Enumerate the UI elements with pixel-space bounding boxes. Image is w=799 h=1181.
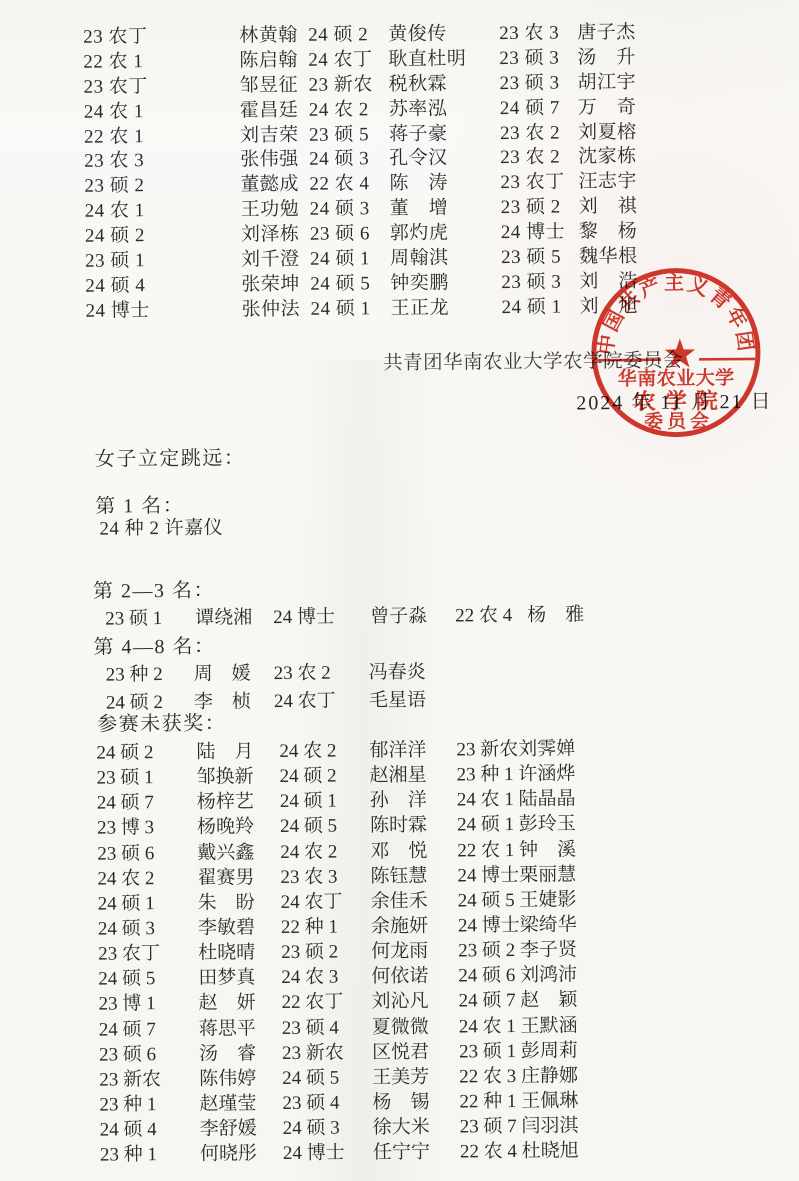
student-code: 24 博士 <box>273 601 370 629</box>
student-code: 24 硕 1 <box>310 297 390 322</box>
roster-row: 23 硕 2董懿成 <box>84 173 299 200</box>
student-code: 24 农 2 <box>280 836 370 864</box>
seal-divider-line-left <box>597 360 661 361</box>
student-name: 田梦真 <box>198 962 281 990</box>
student-entry: 24 博士栗丽慧 <box>457 859 576 887</box>
student-code: 23 农丁 <box>83 74 239 100</box>
student-code: 23 种 1 <box>100 1139 200 1167</box>
student-code: 23 农丁 <box>500 171 578 196</box>
student-name: 毛星语 <box>369 689 426 710</box>
student-name: 杨 雅 <box>527 604 584 625</box>
student-code: 23 农 3 <box>280 861 370 889</box>
seal-star-icon <box>665 338 696 367</box>
student-name: 张仲法 <box>241 299 300 321</box>
student-name: 刘泽栋 <box>241 224 300 246</box>
student-entry: 24 农 1 王默涵 <box>459 1010 578 1038</box>
student-name: 刘夏榕 <box>578 121 637 143</box>
student-code: 22 农 1 <box>83 49 239 75</box>
student-code: 24 农 3 <box>281 962 371 990</box>
student-name: 董懿成 <box>240 174 299 196</box>
student-code: 23 农 3 <box>499 21 577 46</box>
student-code: 24 农 2 <box>97 862 197 890</box>
student-code: 24 硕 1 <box>280 786 370 814</box>
student-name: 汤 睿 <box>199 1038 282 1066</box>
roster-row: 23 农 3唐子杰 <box>499 21 636 47</box>
student-name: 胡江宇 <box>577 72 636 94</box>
student-name: 陆 月 <box>196 736 279 764</box>
roster-row: 23 农丁林黄翰 <box>83 24 298 51</box>
student-code: 24 博士 <box>501 221 579 246</box>
roster-column-2: 24 硕 2黄俊传 24 农丁耿直杜明 23 新农税秋霖 24 农 2苏率泓 2… <box>308 22 469 322</box>
student-name: 何龙雨 <box>371 936 458 964</box>
student-name: 赵 妍 <box>198 987 281 1015</box>
student-name: 杨梓艺 <box>197 786 280 814</box>
student-entry: 23 硕 1 彭周莉 <box>459 1035 578 1063</box>
seal-dept-name: 农学院 <box>634 388 727 414</box>
student-entry: 23 新农刘霁婵 <box>456 733 575 761</box>
student-name: 郭灼虎 <box>390 223 449 245</box>
student-code: 22 农丁 <box>281 987 371 1015</box>
student-entry: 23 硕 2 李子贤 <box>458 935 577 963</box>
student-code: 24 硕 1 <box>98 888 198 916</box>
rank1-heading: 第 1 名： <box>95 489 184 519</box>
rank2-3-row: 23 硕 1谭绕湘24 博士曾子淼22 农 4杨 雅 <box>105 599 584 630</box>
roster-row: 24 硕 3董 增 <box>310 197 468 223</box>
student-name: 余佳禾 <box>371 885 458 913</box>
roster-row: 24 硕 3孔令汉 <box>309 147 467 173</box>
student-code: 23 硕 5 <box>309 123 389 148</box>
student-code: 23 硕 5 <box>501 245 579 270</box>
student-code: 24 硕 1 <box>501 295 579 320</box>
student-name: 林黄翰 <box>239 25 298 47</box>
student-code: 23 硕 2 <box>501 196 579 221</box>
scanned-document: 23 农丁林黄翰 22 农 1陈启翰 23 农丁邹昱征 24 农 1霍昌廷 22… <box>0 0 799 1181</box>
roster-row: 23 农 2沈家栋 <box>500 145 637 171</box>
student-name: 万 奇 <box>578 97 637 119</box>
rank4-8-rows: 23 种 2周 媛23 农 2冯春炎 24 硕 2李 桢24 农丁毛星语 <box>106 657 426 715</box>
rank1-entry: 24 种 2 许嘉仪 <box>99 517 223 543</box>
roster-row: 24 硕 1周翰淇 <box>310 246 468 272</box>
roster-row: 24 硕 7万 奇 <box>500 96 637 122</box>
student-code: 23 硕 2 <box>281 936 371 964</box>
roster-row: 23 硕 3胡江宇 <box>499 71 636 97</box>
student-name: 王正龙 <box>390 297 449 319</box>
student-entry: 24 硕 1 彭玲玉 <box>457 809 576 837</box>
student-code: 24 硕 3 <box>309 148 389 173</box>
roster-row: 24 硕 4张荣坤 <box>85 273 300 300</box>
student-name: 邓 悦 <box>370 835 457 863</box>
table-row: 23 种 1何晓彤24 博士任宁宁22 农 4 杜晓旭 <box>100 1136 579 1165</box>
student-name: 戴兴鑫 <box>197 837 280 865</box>
student-name: 刘 祺 <box>579 196 638 218</box>
student-code: 23 新农 <box>99 1064 199 1092</box>
student-name: 陈钰慧 <box>370 860 457 888</box>
student-name: 杨晚羚 <box>197 811 280 839</box>
student-name: 陈时霖 <box>370 810 457 838</box>
student-code: 24 硕 7 <box>500 96 578 121</box>
student-name: 区悦君 <box>372 1036 459 1064</box>
student-name: 赵瑾莹 <box>199 1088 282 1116</box>
student-name: 王功勉 <box>241 199 300 221</box>
roster-row: 23 硕 6郭灼虎 <box>310 222 468 248</box>
student-entry: 24 硕 7 赵 颖 <box>458 985 577 1013</box>
student-code: 23 硕 1 <box>85 248 241 274</box>
student-code: 23 硕 1 <box>105 603 195 631</box>
student-name: 刘千澄 <box>241 249 300 271</box>
student-name: 李舒媛 <box>200 1113 283 1141</box>
roster-row: 23 农丁汪志宇 <box>500 170 637 196</box>
student-name: 徐大米 <box>373 1112 460 1140</box>
student-entry: 24 博士梁绮华 <box>458 909 577 937</box>
student-code: 23 种 1 <box>99 1089 199 1117</box>
student-entry: 24 硕 5 王婕影 <box>458 884 577 912</box>
student-code: 23 种 2 <box>106 659 194 687</box>
student-name: 刘吉荣 <box>240 124 299 146</box>
roster-row: 22 农 1陈启翰 <box>83 49 298 76</box>
student-code: 24 博士 <box>283 1138 373 1166</box>
roster-row: 23 农 2刘夏榕 <box>500 120 637 146</box>
student-code: 24 硕 5 <box>280 811 370 839</box>
student-name: 唐子杰 <box>577 22 636 44</box>
student-code: 23 硕 2 <box>84 174 240 200</box>
roster-row: 24 硕 5钟奕鹏 <box>310 271 468 297</box>
student-name: 夏微微 <box>372 1011 459 1039</box>
student-name: 邹昱征 <box>240 75 299 97</box>
student-code: 24 硕 5 <box>98 963 198 991</box>
roster-row: 24 农丁耿直杜明 <box>308 47 466 73</box>
student-code: 23 硕 4 <box>282 1012 372 1040</box>
roster-row: 23 硕 1刘千澄 <box>85 248 300 275</box>
student-name: 汤 升 <box>577 47 636 69</box>
no-award-table: 24 硕 2陆 月24 农 2郁洋洋23 新农刘霁婵 23 硕 1邹换新24 硕… <box>96 733 578 1165</box>
student-code: 23 农 2 <box>500 146 578 171</box>
rank4-8-heading: 第 4—8 名： <box>93 630 215 660</box>
student-code: 24 农 2 <box>279 735 369 763</box>
event-title: 女子立定跳远： <box>95 441 246 471</box>
student-name: 翟赛男 <box>197 862 280 890</box>
student-code: 23 硕 6 <box>310 222 390 247</box>
student-name: 王美芳 <box>372 1061 459 1089</box>
student-name: 周翰淇 <box>390 248 449 270</box>
student-name: 任宁宁 <box>373 1137 460 1165</box>
student-code: 24 硕 4 <box>85 273 241 299</box>
student-name: 钟奕鹏 <box>390 272 449 294</box>
student-code: 24 农 1 <box>85 199 241 225</box>
roster-row: 24 农 1王功勉 <box>85 198 300 225</box>
student-entry: 22 种 1 王佩琳 <box>459 1085 578 1113</box>
student-name: 谭绕湘 <box>195 602 273 630</box>
roster-row: 23 农丁邹昱征 <box>83 74 298 101</box>
student-code: 23 硕 3 <box>499 71 577 96</box>
student-name: 苏率泓 <box>389 98 448 120</box>
seal-org-name: 华南农业大学 <box>618 366 735 390</box>
student-code: 23 博 1 <box>98 988 198 1016</box>
roster-row: 23 农 3张伟强 <box>84 148 299 175</box>
student-code: 23 硕 3 <box>501 270 579 295</box>
student-name: 税秋霖 <box>388 73 447 95</box>
student-code: 24 硕 5 <box>310 272 390 297</box>
roster-column-1: 23 农丁林黄翰 22 农 1陈启翰 23 农丁邹昱征 24 农 1霍昌廷 22… <box>83 24 300 325</box>
student-name: 汪志宇 <box>578 171 637 193</box>
student-code: 24 硕 4 <box>100 1114 200 1142</box>
student-name: 蒋子豪 <box>389 123 448 145</box>
student-name: 耿直杜明 <box>388 48 466 70</box>
roster-row: 22 农 1刘吉荣 <box>84 123 299 150</box>
student-code: 23 新农 <box>308 73 388 98</box>
student-code: 24 硕 2 <box>279 760 369 788</box>
student-code: 24 硕 3 <box>310 197 390 222</box>
student-entry: 24 硕 6 刘鸿沛 <box>458 960 577 988</box>
student-code: 24 硕 2 <box>308 23 388 48</box>
student-code: 23 农 2 <box>500 121 578 146</box>
seal-committee-name: 委员会 <box>644 409 713 433</box>
student-code: 22 种 1 <box>281 911 371 939</box>
roster-row: 23 硕 3汤 升 <box>499 46 636 72</box>
student-code: 24 农丁 <box>274 685 369 713</box>
student-code: 24 硕 5 <box>282 1062 372 1090</box>
student-name: 孙 洋 <box>370 785 457 813</box>
student-name: 霍昌廷 <box>240 100 299 122</box>
student-code: 24 农丁 <box>281 886 371 914</box>
student-code: 23 硕 1 <box>96 762 196 790</box>
student-code: 24 农 2 <box>309 98 389 123</box>
roster-row: 24 农 1霍昌廷 <box>84 99 299 126</box>
student-entry: 23 硕 7 闫羽淇 <box>460 1111 579 1139</box>
student-name: 赵湘星 <box>369 760 456 788</box>
student-name: 陈伟婷 <box>199 1063 282 1091</box>
roster-row: 22 农 4陈 涛 <box>309 172 467 198</box>
student-code: 24 硕 2 <box>96 737 196 765</box>
roster-row: 24 农 2苏率泓 <box>309 97 467 123</box>
student-name: 邹换新 <box>196 761 279 789</box>
roster-row: 23 硕 5蒋子豪 <box>309 122 467 148</box>
student-name: 何依诺 <box>371 961 458 989</box>
student-code: 24 硕 7 <box>99 1013 199 1041</box>
roster-row: 24 硕 2黄俊传 <box>308 22 466 48</box>
student-name: 陈启翰 <box>239 50 298 72</box>
svg-text:中国共产主义青年团: 中国共产主义青年团 <box>592 271 757 357</box>
student-name: 张荣坤 <box>241 274 300 296</box>
roster-row: 24 博士张仲法 <box>85 298 300 325</box>
student-entry: 22 农 3 庄静娜 <box>459 1060 578 1088</box>
student-code: 24 农丁 <box>308 48 388 73</box>
student-name: 黄俊传 <box>388 24 447 46</box>
student-code: 23 硕 6 <box>97 837 197 865</box>
student-code: 24 硕 2 <box>85 224 241 250</box>
student-name: 杜晓晴 <box>198 937 281 965</box>
student-code: 24 硕 1 <box>310 247 390 272</box>
official-seal: 中国共产主义青年团 华南农业大学 农学院 委员会 <box>580 257 772 449</box>
student-name: 刘沁凡 <box>371 986 458 1014</box>
student-code: 23 农丁 <box>83 24 239 50</box>
student-name: 朱 盼 <box>198 887 281 915</box>
student-code: 24 博士 <box>85 298 241 324</box>
student-code: 23 农丁 <box>98 938 198 966</box>
roster-row: 23 硕 2刘 祺 <box>501 195 638 221</box>
roster-row: 24 硕 1王正龙 <box>310 296 468 322</box>
student-name: 杨 锡 <box>372 1086 459 1114</box>
rank2-3-heading: 第 2—3 名： <box>93 574 215 604</box>
student-code: 22 农 4 <box>309 172 389 197</box>
student-name: 黎 杨 <box>579 221 638 243</box>
student-code: 24 硕 7 <box>97 787 197 815</box>
student-code: 22 农 4 <box>455 600 527 628</box>
roster-row: 24 硕 2刘泽栋 <box>85 223 300 250</box>
student-code: 23 新农 <box>282 1037 372 1065</box>
student-name: 何晓彤 <box>200 1138 283 1166</box>
seal-ring-text: 中国共产主义青年团 <box>592 271 757 357</box>
student-name: 董 增 <box>390 198 449 220</box>
student-code: 23 博 3 <box>97 812 197 840</box>
rank4-8-row: 23 种 2周 媛23 农 2冯春炎 <box>106 657 426 687</box>
student-code: 23 硕 4 <box>282 1087 372 1115</box>
student-name: 陈 涛 <box>389 173 448 195</box>
student-code: 23 农 2 <box>274 657 369 685</box>
student-code: 23 农 3 <box>84 149 240 175</box>
student-name: 孔令汉 <box>389 148 448 170</box>
student-code: 23 硕 6 <box>99 1038 199 1066</box>
student-code: 24 硕 3 <box>98 913 198 941</box>
student-name: 冯春炎 <box>369 662 426 683</box>
student-code: 23 硕 3 <box>499 46 577 71</box>
student-name: 周 媛 <box>194 658 274 686</box>
student-entry: 22 农 4 杜晓旭 <box>460 1136 579 1164</box>
student-code: 22 农 1 <box>84 124 240 150</box>
student-code: 24 硕 3 <box>283 1112 373 1140</box>
student-name: 蒋思平 <box>199 1013 282 1041</box>
student-entry: 24 农 1 陆晶晶 <box>457 784 576 812</box>
student-name: 郁洋洋 <box>369 735 456 763</box>
roster-row: 23 新农税秋霖 <box>308 72 466 98</box>
student-name: 沈家栋 <box>578 146 637 168</box>
no-award-heading: 参赛未获奖： <box>97 707 226 737</box>
student-name: 余施妍 <box>371 910 458 938</box>
student-entry: 22 农 1 钟 溪 <box>457 834 576 862</box>
roster-row: 24 博士黎 杨 <box>501 220 638 246</box>
student-code: 24 农 1 <box>84 99 240 125</box>
student-name: 李敏碧 <box>198 912 281 940</box>
student-name: 曾子淼 <box>370 601 455 629</box>
student-entry: 23 种 1 许涵烨 <box>456 759 575 787</box>
student-name: 张伟强 <box>240 149 299 171</box>
